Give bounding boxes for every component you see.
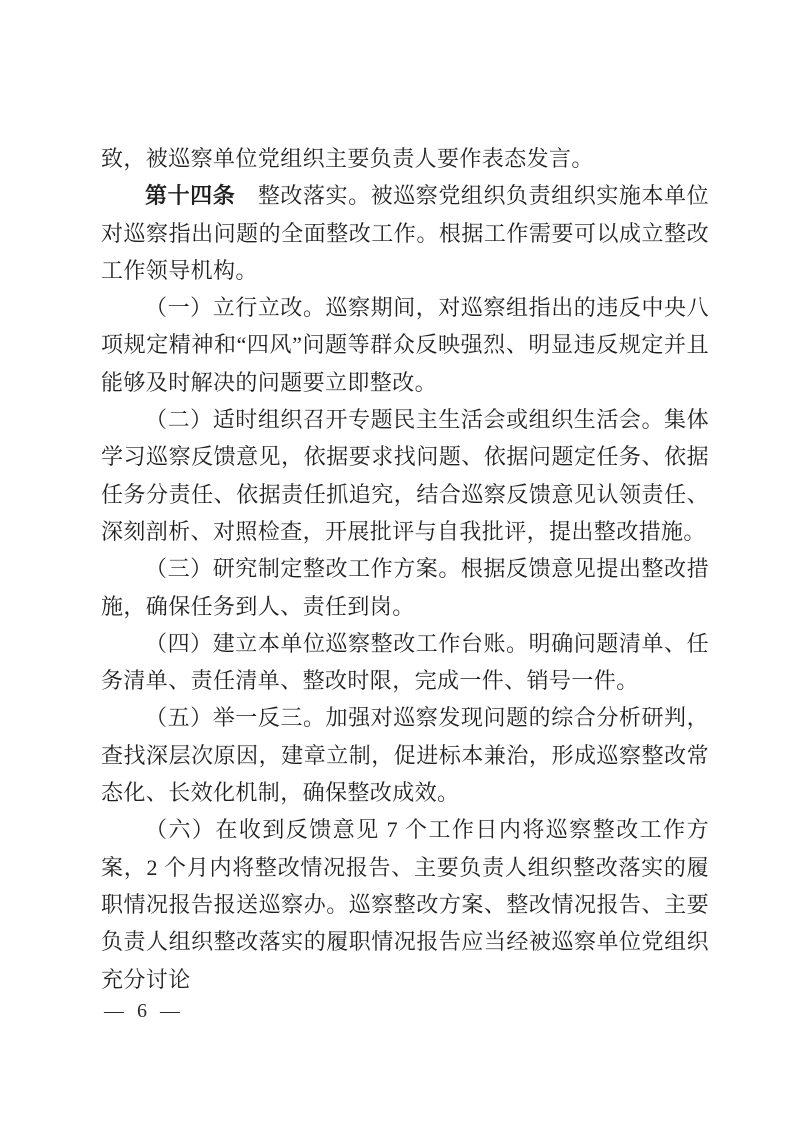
paragraph-continuation: 致，被巡察单位党组织主要负责人要作表态发言。 bbox=[101, 140, 709, 177]
paragraph-item-3: （三）研究制定整改工作方案。根据反馈意见提出整改措施，确保任务到人、责任到岗。 bbox=[101, 550, 709, 625]
page-number: — 6 — bbox=[104, 999, 184, 1023]
paragraph-item-1: （一）立行立改。巡察期间，对巡察组指出的违反中央八项规定精神和“四风”问题等群众… bbox=[101, 289, 709, 401]
paragraph-item-6: （六）在收到反馈意见 7 个工作日内将巡察整改工作方案，2 个月内将整改情况报告… bbox=[101, 811, 709, 997]
paragraph-article-14: 第十四条 整改落实。被巡察党组织负责组织实施本单位对巡察指出问题的全面整改工作。… bbox=[101, 177, 709, 289]
paragraph-item-5: （五）举一反三。加强对巡察发现问题的综合分析研判，查找深层次原因，建章立制，促进… bbox=[101, 699, 709, 811]
paragraph-item-2: （二）适时组织召开专题民主生活会或组织生活会。集体学习巡察反馈意见，依据要求找问… bbox=[101, 401, 709, 550]
article-number: 第十四条 bbox=[145, 183, 235, 208]
paragraph-item-4: （四）建立本单位巡察整改工作台账。明确问题清单、任务清单、责任清单、整改时限，完… bbox=[101, 625, 709, 700]
document-body: 致，被巡察单位党组织主要负责人要作表态发言。 第十四条 整改落实。被巡察党组织负… bbox=[101, 140, 709, 998]
document-page: 致，被巡察单位党组织主要负责人要作表态发言。 第十四条 整改落实。被巡察党组织负… bbox=[0, 0, 793, 1122]
